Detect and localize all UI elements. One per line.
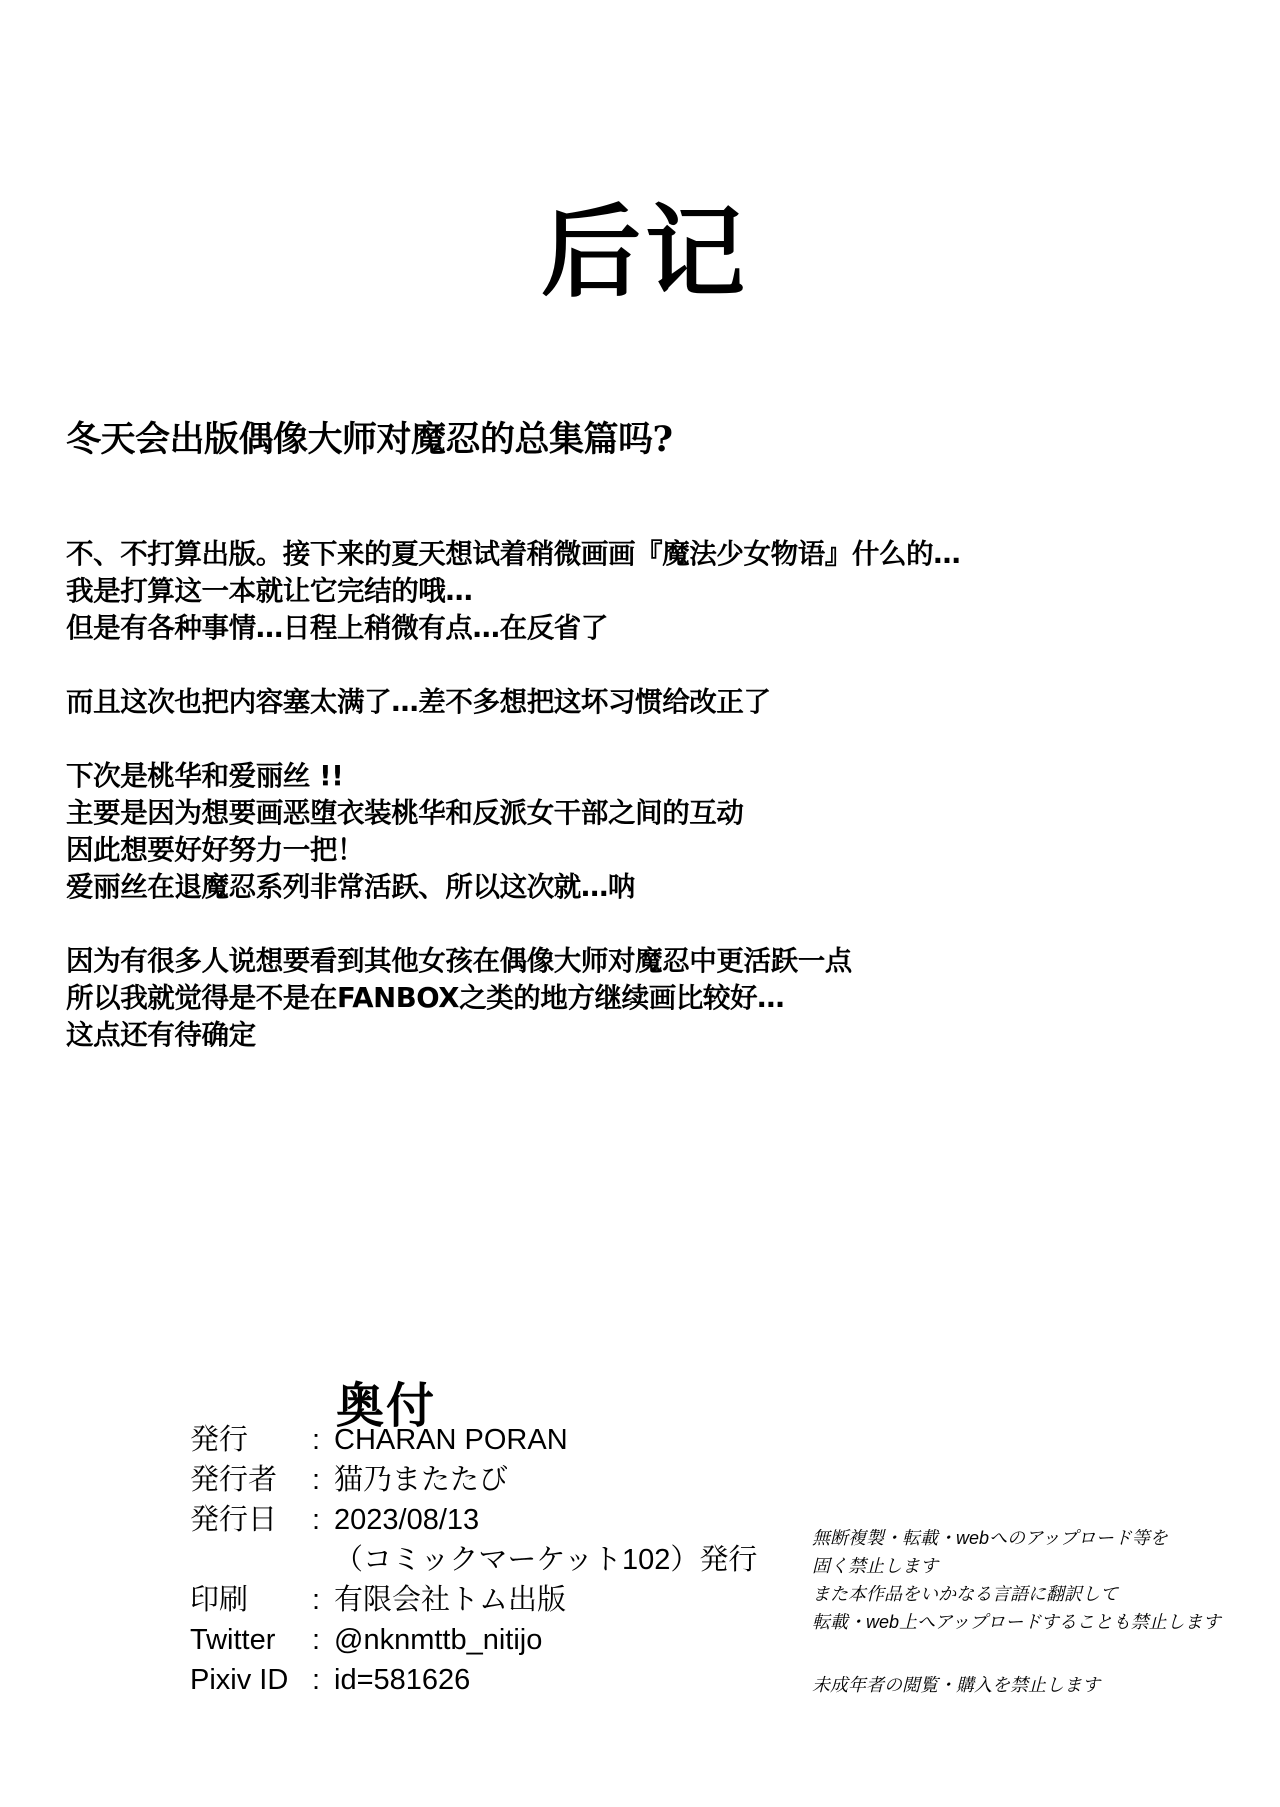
colophon-table: 発行 : CHARAN PORAN 発行者 : 猫乃またたび 発行日 : 202… [190, 1420, 757, 1700]
body-line: 但是有各种事情…日程上稍微有点…在反省了 [66, 610, 960, 647]
notice-line: 転載・web上へアップロードすることも禁止します [812, 1608, 1221, 1636]
colon-separator: : [312, 1620, 334, 1660]
body-line: 因此想要好好努力一把！ [66, 832, 960, 869]
colophon-label: Twitter [190, 1620, 312, 1660]
afterword-body: 不、不打算出版。接下来的夏天想试着稍微画画『魔法少女物语』什么的… 我是打算这一… [66, 536, 960, 1091]
body-line: 因为有很多人说想要看到其他女孩在偶像大师对魔忍中更活跃一点 [66, 943, 960, 980]
body-line: 爱丽丝在退魔忍系列非常活跃、所以这次就…呐 [66, 869, 960, 906]
colophon-row-event: （コミックマーケット102）発行 [190, 1540, 757, 1580]
colophon-row-publisher: 発行 : CHARAN PORAN [190, 1420, 757, 1460]
colophon-value: CHARAN PORAN [334, 1420, 568, 1460]
question-heading: 冬天会出版偶像大师对魔忍的总集篇吗? [66, 418, 673, 462]
colon-separator: : [312, 1420, 334, 1460]
age-restriction-notice: 未成年者の閲覧・購入を禁止します [812, 1671, 1221, 1699]
colophon-label: 発行 [190, 1420, 312, 1460]
body-line: 下次是桃华和爱丽丝 !! [66, 758, 960, 795]
colon-separator: : [312, 1500, 334, 1540]
colophon-value: 有限会社トム出版 [334, 1580, 566, 1620]
body-line: 这点还有待确定 [66, 1017, 960, 1054]
colophon-row-issuer: 発行者 : 猫乃またたび [190, 1460, 757, 1500]
body-line: 主要是因为想要画恶堕衣装桃华和反派女干部之间的互动 [66, 795, 960, 832]
colophon-value: 2023/08/13 [334, 1500, 479, 1540]
colophon-label: 発行日 [190, 1500, 312, 1540]
body-line: 而且这次也把内容塞太满了…差不多想把这坏习惯给改正了 [66, 684, 960, 721]
paragraph-2: 而且这次也把内容塞太满了…差不多想把这坏习惯给改正了 [66, 684, 960, 721]
colophon-label: Pixiv ID [190, 1660, 312, 1700]
colon-separator: : [312, 1460, 334, 1500]
colon-separator: : [312, 1660, 334, 1700]
colophon-row-date: 発行日 : 2023/08/13 [190, 1500, 757, 1540]
paragraph-1: 不、不打算出版。接下来的夏天想试着稍微画画『魔法少女物语』什么的… 我是打算这一… [66, 536, 960, 647]
paragraph-3: 下次是桃华和爱丽丝 !! 主要是因为想要画恶堕衣装桃华和反派女干部之间的互动 因… [66, 758, 960, 906]
colophon-value: （コミックマーケット102）発行 [334, 1540, 757, 1580]
paragraph-4: 因为有很多人说想要看到其他女孩在偶像大师对魔忍中更活跃一点 所以我就觉得是不是在… [66, 943, 960, 1054]
notice-line: また本作品をいかなる言語に翻訳して [812, 1580, 1221, 1608]
notice-spacer [812, 1636, 1221, 1671]
pixiv-id: id=581626 [334, 1660, 470, 1700]
notice-line: 無断複製・転載・webへのアップロード等を [812, 1524, 1221, 1552]
colophon-value: 猫乃またたび [334, 1460, 508, 1500]
body-line: 我是打算这一本就让它完结的哦… [66, 573, 960, 610]
twitter-handle: @nknmttb_nitijo [334, 1620, 542, 1660]
afterword-title: 后记 [0, 193, 1280, 313]
copyright-notice: 無断複製・転載・webへのアップロード等を 固く禁止します また本作品をいかなる… [812, 1524, 1221, 1699]
colophon-row-pixiv: Pixiv ID : id=581626 [190, 1660, 757, 1700]
colophon-label: 発行者 [190, 1460, 312, 1500]
colophon-label: 印刷 [190, 1580, 312, 1620]
colon-separator: : [312, 1580, 334, 1620]
colon-separator [312, 1540, 334, 1580]
colophon-row-twitter: Twitter : @nknmttb_nitijo [190, 1620, 757, 1660]
colophon-row-printer: 印刷 : 有限会社トム出版 [190, 1580, 757, 1620]
notice-line: 固く禁止します [812, 1552, 1221, 1580]
body-line: 所以我就觉得是不是在FANBOX之类的地方继续画比较好… [66, 980, 960, 1017]
body-line: 不、不打算出版。接下来的夏天想试着稍微画画『魔法少女物语』什么的… [66, 536, 960, 573]
colophon-label [190, 1540, 312, 1580]
